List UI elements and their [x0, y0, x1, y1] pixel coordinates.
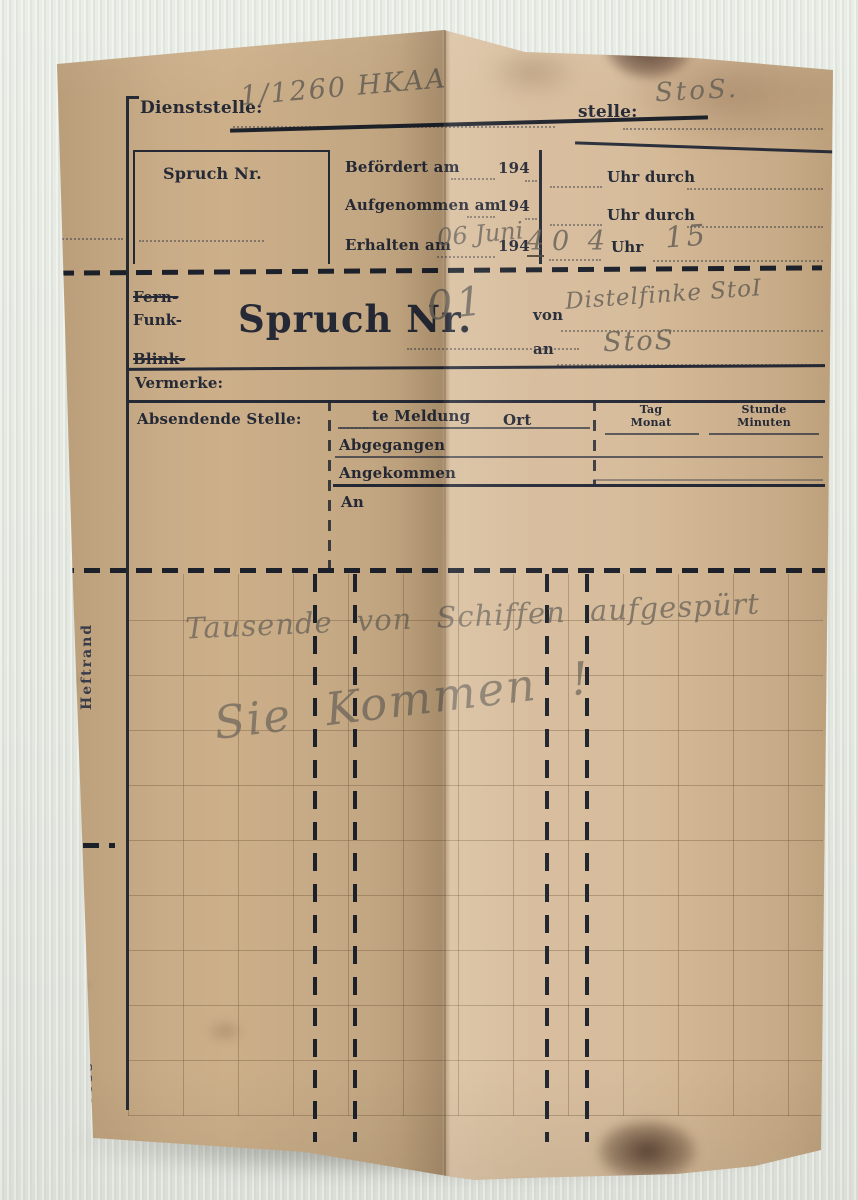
- stelle-label: stelle:: [578, 104, 638, 122]
- meldung-header-label: te Meldung: [372, 409, 470, 425]
- befoerdert-line: [451, 178, 495, 180]
- befoerdert-year-line: [525, 180, 537, 182]
- aufgenommen-line: [467, 216, 495, 218]
- grid-dashed-column-1: [313, 574, 317, 1142]
- stunde-underline: [709, 433, 819, 435]
- an-handwritten-value: StoS: [603, 327, 676, 357]
- befoerdert-year: 194: [498, 161, 530, 177]
- stain-left-edge-small: [61, 670, 79, 696]
- squared-grid: [128, 574, 823, 1116]
- form-code-label: C 0688: [81, 1048, 96, 1124]
- table-divider-tag: [593, 400, 596, 484]
- stain-top-right-dark: [603, 8, 695, 80]
- spruch-nr-handwritten: 01: [425, 281, 488, 327]
- abgegangen-underline: [335, 456, 823, 458]
- table-header-underline: [338, 427, 590, 429]
- heftrand-label: Heftrand: [79, 606, 95, 710]
- stain-top-fold-smudge: [485, 46, 580, 98]
- photo-of-message-form: { "colors": { "paper": "#cfb392", "ink":…: [0, 0, 858, 1200]
- funk-label: Funk-: [133, 313, 182, 329]
- heftrand-bracket-tick: [126, 96, 139, 99]
- von-line: [561, 330, 823, 332]
- meldung-prefix-dots: [340, 427, 368, 429]
- minuten-header-label: Minuten: [709, 417, 819, 429]
- uhr-durch1-label: Uhr durch: [607, 170, 695, 186]
- dashed-separator-middle: [58, 568, 825, 573]
- left-margin-dotted-line: [59, 238, 123, 240]
- uhr-durch1-line-a: [550, 186, 602, 188]
- tag-underline: [605, 433, 699, 435]
- rule-below-vermerke: [128, 400, 825, 403]
- aufgenommen-label: Aufgenommen am: [345, 198, 501, 214]
- an-row-label: An: [341, 495, 364, 511]
- erhalten-uhr-label: Uhr: [611, 240, 644, 256]
- dashed-separator-top: [58, 265, 822, 275]
- stain-left-mid: [69, 976, 91, 996]
- vermerke-label: Vermerke:: [135, 376, 223, 392]
- left-margin-dash-segment: [57, 843, 115, 848]
- aufgenommen-year-line: [525, 218, 537, 220]
- tag-header-label: Tag: [603, 404, 699, 416]
- von-label: von: [533, 308, 563, 324]
- erhalten-minutes-line: [653, 260, 823, 262]
- erhalten-minutes: 15: [664, 221, 709, 253]
- an-label: an: [533, 342, 554, 358]
- stelle-handwritten-value: StoS.: [654, 76, 739, 106]
- grid-dashed-column-2: [353, 574, 357, 1142]
- heftrand-margin-line: [126, 96, 129, 1110]
- erhalten-year-digit: 4: [527, 228, 544, 257]
- erhalten-hour-line: [549, 259, 601, 261]
- befoerdert-label: Befördert am: [345, 160, 460, 176]
- spruch-nr-box-label: Spruch Nr.: [163, 166, 262, 183]
- header-second-underline: [575, 141, 837, 153]
- dienststelle-handwritten-value: 1/1260 HKAA: [239, 65, 448, 110]
- stunde-header-label: Stunde: [709, 404, 819, 416]
- table-divider-meldung: [328, 400, 331, 568]
- monat-header-label: Monat: [603, 417, 699, 429]
- erhalten-hour: 0 4: [552, 228, 610, 255]
- aufgenommen-year: 194: [498, 199, 530, 215]
- center-fold-crease: [444, 28, 446, 1183]
- abgegangen-row-label: Abgegangen: [339, 438, 445, 454]
- erhalten-handwritten-date: 06 Juni: [436, 218, 524, 249]
- absendende-stelle-label: Absendende Stelle:: [137, 412, 302, 428]
- form-paper-sheet: Heftrand C 0688 Dienststelle: 1/1260 HKA…: [55, 28, 837, 1183]
- stelle-field-line: [623, 128, 823, 130]
- spruch-nr-box-write-line: [139, 240, 264, 242]
- ort-header-label: Ort: [503, 413, 532, 429]
- angekommen-underline: [593, 479, 823, 481]
- erhalten-label: Erhalten am: [345, 238, 451, 254]
- uhr-durch1-line-b: [687, 188, 823, 190]
- table-thick-rule: [333, 484, 825, 487]
- stain-bottom-dark: [597, 1120, 697, 1182]
- angekommen-row-label: Angekommen: [339, 466, 456, 482]
- von-handwritten-value: Distelfinke StoI: [564, 277, 762, 314]
